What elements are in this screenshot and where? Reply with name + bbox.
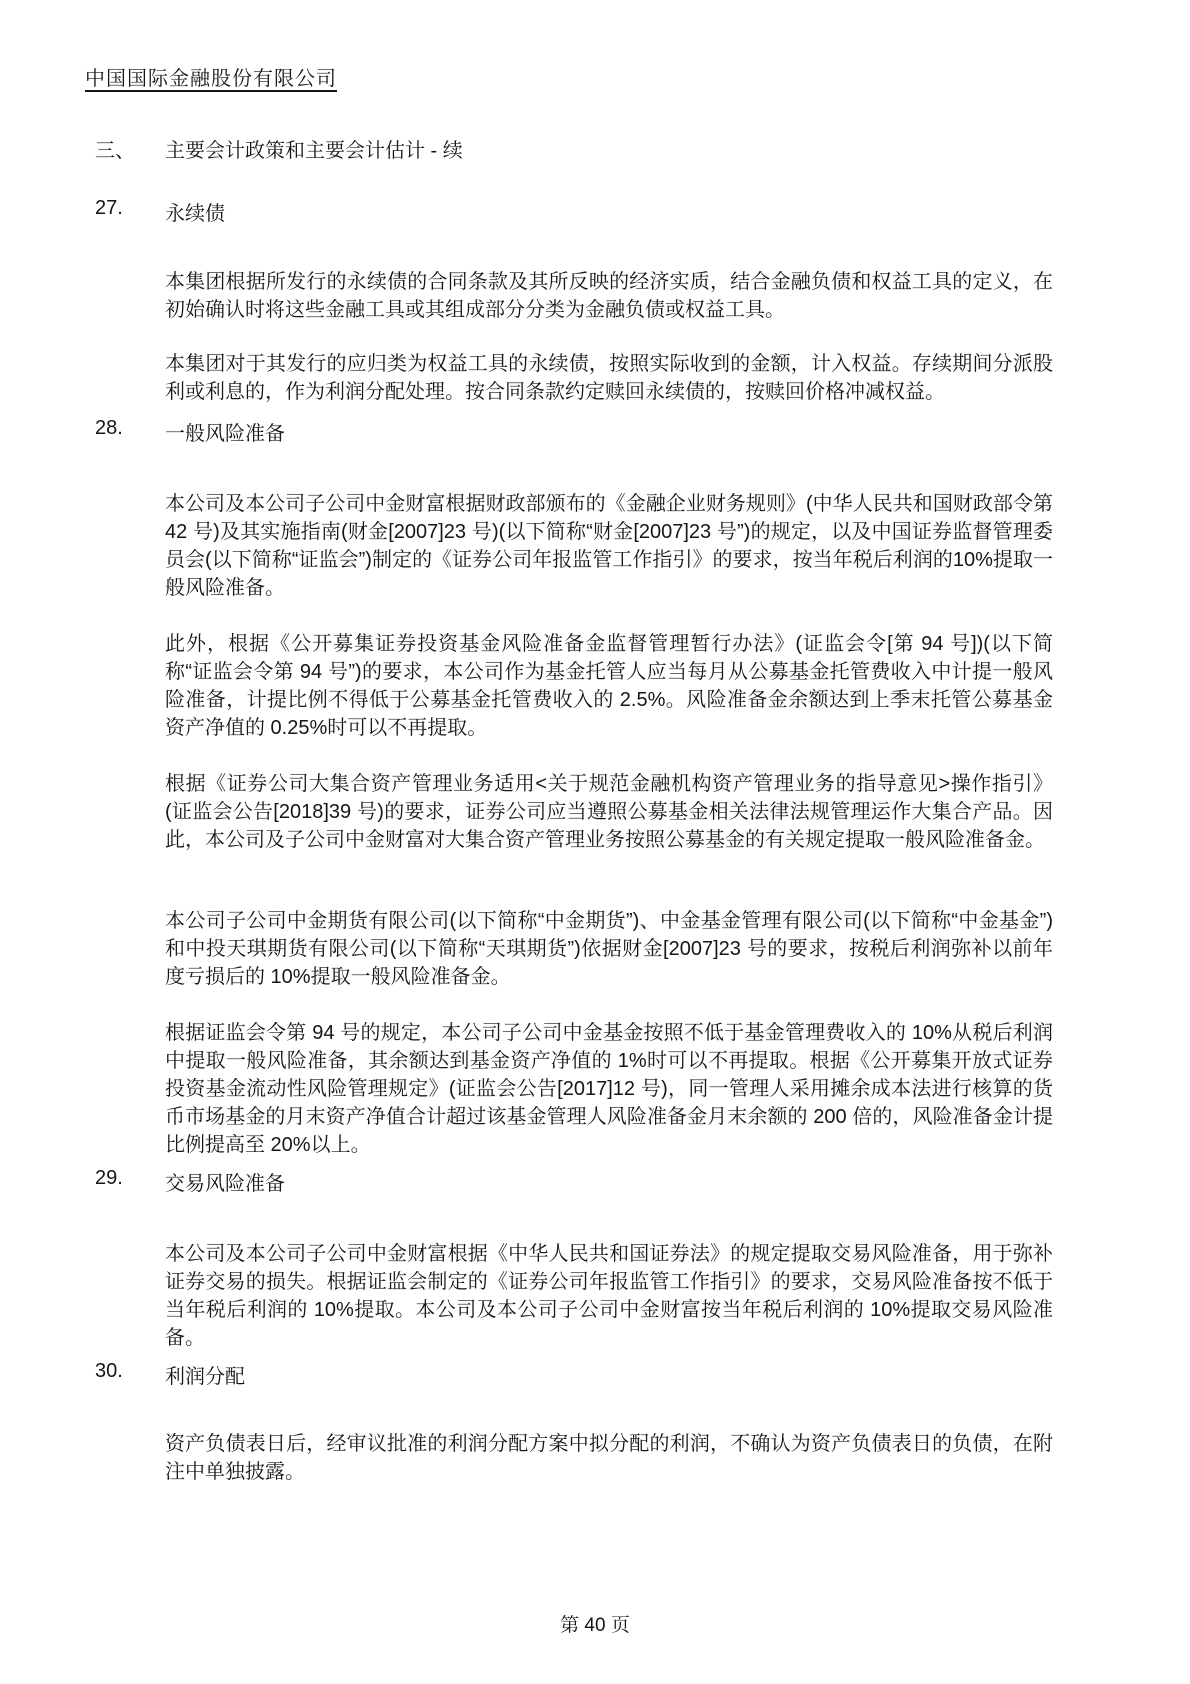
section-28-paragraph-5: 根据证监会令第 94 号的规定，本公司子公司中金基金按照不低于基金管理费收入的 … bbox=[165, 1019, 1053, 1159]
section-28-title: 一般风险准备 bbox=[165, 417, 285, 446]
section-30-number: 30. bbox=[95, 1360, 165, 1383]
section-28-heading: 28. 一般风险准备 bbox=[95, 417, 285, 446]
section-30-paragraph-1: 资产负债表日后，经审议批准的利润分配方案中拟分配的利润，不确认为资产负债表日的负… bbox=[165, 1430, 1053, 1486]
section-30-title: 利润分配 bbox=[165, 1360, 245, 1389]
chapter-title: 主要会计政策和主要会计估计 - 续 bbox=[165, 134, 463, 163]
section-27-heading: 27. 永续债 bbox=[95, 197, 225, 226]
section-27-number: 27. bbox=[95, 197, 165, 220]
section-29-number: 29. bbox=[95, 1167, 165, 1190]
section-28-paragraph-2: 此外，根据《公开募集证券投资基金风险准备金监督管理暂行办法》(证监会令[第 94… bbox=[165, 630, 1053, 742]
document-page: 中国国际金融股份有限公司 三、 主要会计政策和主要会计估计 - 续 27. 永续… bbox=[0, 0, 1190, 1684]
page-number-footer: 第 40 页 bbox=[0, 1610, 1190, 1637]
section-27-paragraph-1: 本集团根据所发行的永续债的合同条款及其所反映的经济实质，结合金融负债和权益工具的… bbox=[165, 268, 1053, 324]
section-29-heading: 29. 交易风险准备 bbox=[95, 1167, 285, 1196]
section-30-heading: 30. 利润分配 bbox=[95, 1360, 245, 1389]
section-28-number: 28. bbox=[95, 417, 165, 440]
section-29-title: 交易风险准备 bbox=[165, 1167, 285, 1196]
company-header: 中国国际金融股份有限公司 bbox=[85, 62, 337, 91]
section-27-title: 永续债 bbox=[165, 197, 225, 226]
chapter-heading: 三、 主要会计政策和主要会计估计 - 续 bbox=[95, 134, 463, 163]
section-29-paragraph-1: 本公司及本公司子公司中金财富根据《中华人民共和国证券法》的规定提取交易风险准备，… bbox=[165, 1240, 1053, 1352]
section-27-paragraph-2: 本集团对于其发行的应归类为权益工具的永续债，按照实际收到的金额，计入权益。存续期… bbox=[165, 350, 1053, 406]
section-28-paragraph-3: 根据《证券公司大集合资产管理业务适用<关于规范金融机构资产管理业务的指导意见>操… bbox=[165, 770, 1053, 854]
chapter-number: 三、 bbox=[95, 134, 165, 163]
section-28-paragraph-1: 本公司及本公司子公司中金财富根据财政部颁布的《金融企业财务规则》(中华人民共和国… bbox=[165, 490, 1053, 602]
section-28-paragraph-4: 本公司子公司中金期货有限公司(以下简称“中金期货”)、中金基金管理有限公司(以下… bbox=[165, 907, 1053, 991]
